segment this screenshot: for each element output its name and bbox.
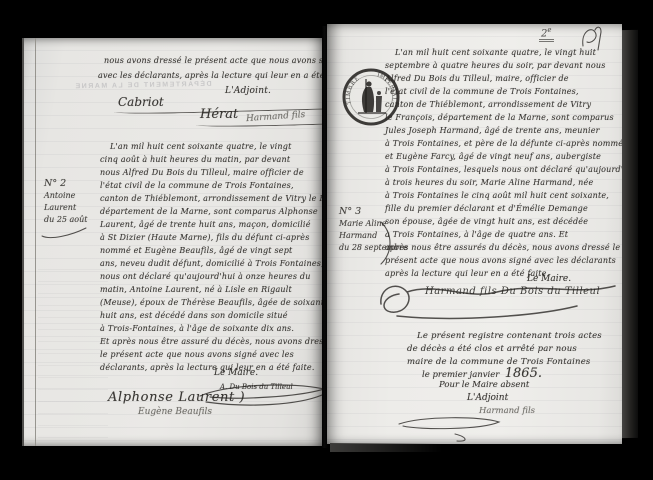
act-line: déclarants, après la lecture qui leur en…: [100, 361, 322, 374]
official-signature-names: Harmand fils Du Bois du Tilleul: [425, 286, 600, 297]
bleedthrough-text: DÉPARTEMENT DE LA MARNE: [74, 81, 212, 90]
page-edge-line-inner: [35, 38, 36, 446]
act-line: l'état civil de la commune de Trois Font…: [100, 179, 322, 192]
book-fore-edge: [622, 30, 638, 438]
act-line: septembre à quatre heures du soir, par d…: [385, 59, 622, 72]
act-line: fille du premier déclarant et d'Émélie D…: [385, 202, 622, 215]
margin-note-name: Antoine: [44, 190, 106, 202]
margin-note-date: du 25 août: [44, 214, 106, 226]
act-line: à Trois-Fontaines, à l'âge de soixante d…: [100, 322, 322, 335]
closing-date: le premier janvier 1865.: [422, 366, 542, 381]
act-line: après nous être assurés du décès, nous a…: [385, 241, 622, 254]
register-page-left: DÉPARTEMENT DE LA MARNE nous avons dress…: [22, 38, 322, 446]
act-line: Et après nous être assuré du décès, nous…: [100, 335, 322, 348]
official-signature-flourish-icon: [375, 276, 620, 321]
previous-act-line: avec les déclarants, après la lecture qu…: [98, 71, 322, 80]
scanned-register-spread: DÉPARTEMENT DE LA MARNE nous avons dress…: [0, 0, 653, 480]
for-mayor-label: Pour le Maire absent: [439, 380, 529, 390]
act-line: canton de Thiéblemont, arrondissement de…: [100, 192, 322, 205]
death-act-3-text: L'an mil huit cent soixante quatre, le v…: [385, 46, 622, 280]
page-number: 2e: [539, 26, 554, 42]
act-line: L'an mil huit cent soixante quatre, le v…: [385, 46, 622, 59]
margin-flourish-icon: [40, 226, 92, 242]
closing-line: de décès a été clos et arrêté par nous: [407, 343, 622, 356]
margin-note-act-2: N° 2 Antoine Laurent du 25 août: [44, 178, 106, 226]
act-line: à trois heures du soir, Marie Aline Harm…: [385, 176, 622, 189]
page-edge-line-outer: [22, 38, 24, 446]
mayor-label: Le Maire.: [214, 368, 258, 378]
act-line: à Trois Fontaines le cinq août mil huit …: [385, 189, 622, 202]
act-line: et Eugène Farcy, âgé de vingt neuf ans, …: [385, 150, 622, 163]
margin-note-number: N° 2: [44, 178, 106, 190]
adjoint-label: L'Adjoint: [467, 393, 508, 403]
bleedthrough-shading: [38, 258, 108, 446]
act-line: (Meuse), époux de Thérèse Beaufils, âgée…: [100, 296, 322, 309]
previous-act-line: nous avons dressé le présent acte que no…: [104, 56, 322, 65]
act-line: son épouse, âgée de vingt huit ans, est …: [385, 215, 622, 228]
closing-flourish-icon: [393, 414, 513, 444]
act-line: le François, département de la Marne, so…: [385, 111, 622, 124]
act-line: à Trois Fontaines, à l'âge de quatre ans…: [385, 228, 622, 241]
act-line: nous Alfred Du Bois du Tilleul, maire of…: [100, 166, 322, 179]
act-line: département de la Marne, sont comparus A…: [100, 205, 322, 218]
register-closing-text: Le présent registre contenant trois acte…: [407, 330, 622, 369]
act-line: Laurent, âgé de trente huit ans, maçon, …: [100, 218, 322, 231]
act-line: Alfred Du Bois du Tilleul, maire, offici…: [385, 72, 622, 85]
death-act-2-text: L'an mil huit cent soixante quatre, le v…: [100, 140, 322, 374]
act-line: huit ans, est décédé dans son domicile s…: [100, 309, 322, 322]
act-line: le présent acte que nous avons signé ave…: [100, 348, 322, 361]
page-bottom-shadow: [330, 443, 442, 452]
act-line: matin, Antoine Laurent, né à Lisle en Ri…: [100, 283, 322, 296]
closing-year: 1865.: [505, 366, 542, 381]
act-line: à St Dizier (Haute Marne), fils du défun…: [100, 231, 322, 244]
act-line: nommé et Eugène Beaufils, âgé de vingt s…: [100, 244, 322, 257]
act-line: présent acte que nous avons signé avec l…: [385, 254, 622, 267]
act-line: ans, neveu dudit défunt, domicilié à Tro…: [100, 257, 322, 270]
margin-note-name: Laurent: [44, 202, 106, 214]
act-line: Jules Joseph Harmand, âgé de trente ans,…: [385, 124, 622, 137]
act-line: cinq août à huit heures du matin, par de…: [100, 153, 322, 166]
act-line: à Trois Fontaines, et père de la défunte…: [385, 137, 622, 150]
act-line: à Trois Fontaines, lesquels nous ont déc…: [385, 163, 622, 176]
register-page-right: 2e TIMBRE IMPÉRIAL: [327, 24, 622, 444]
act-line: nous ont déclaré qu'aujourd'hui à onze h…: [100, 270, 322, 283]
signature-alphonse-laurent: Alphonse Laurent ): [108, 390, 245, 405]
closing-line: Le présent registre contenant trois acte…: [407, 330, 622, 343]
act-line: canton de Thiéblemont, arrondissement de…: [385, 98, 622, 111]
act-line: L'an mil huit cent soixante quatre, le v…: [100, 140, 322, 153]
signature-eugene-beaufils: Eugène Beaufils: [138, 407, 212, 417]
act-line: l'état civil de la commune de Trois Font…: [385, 85, 622, 98]
